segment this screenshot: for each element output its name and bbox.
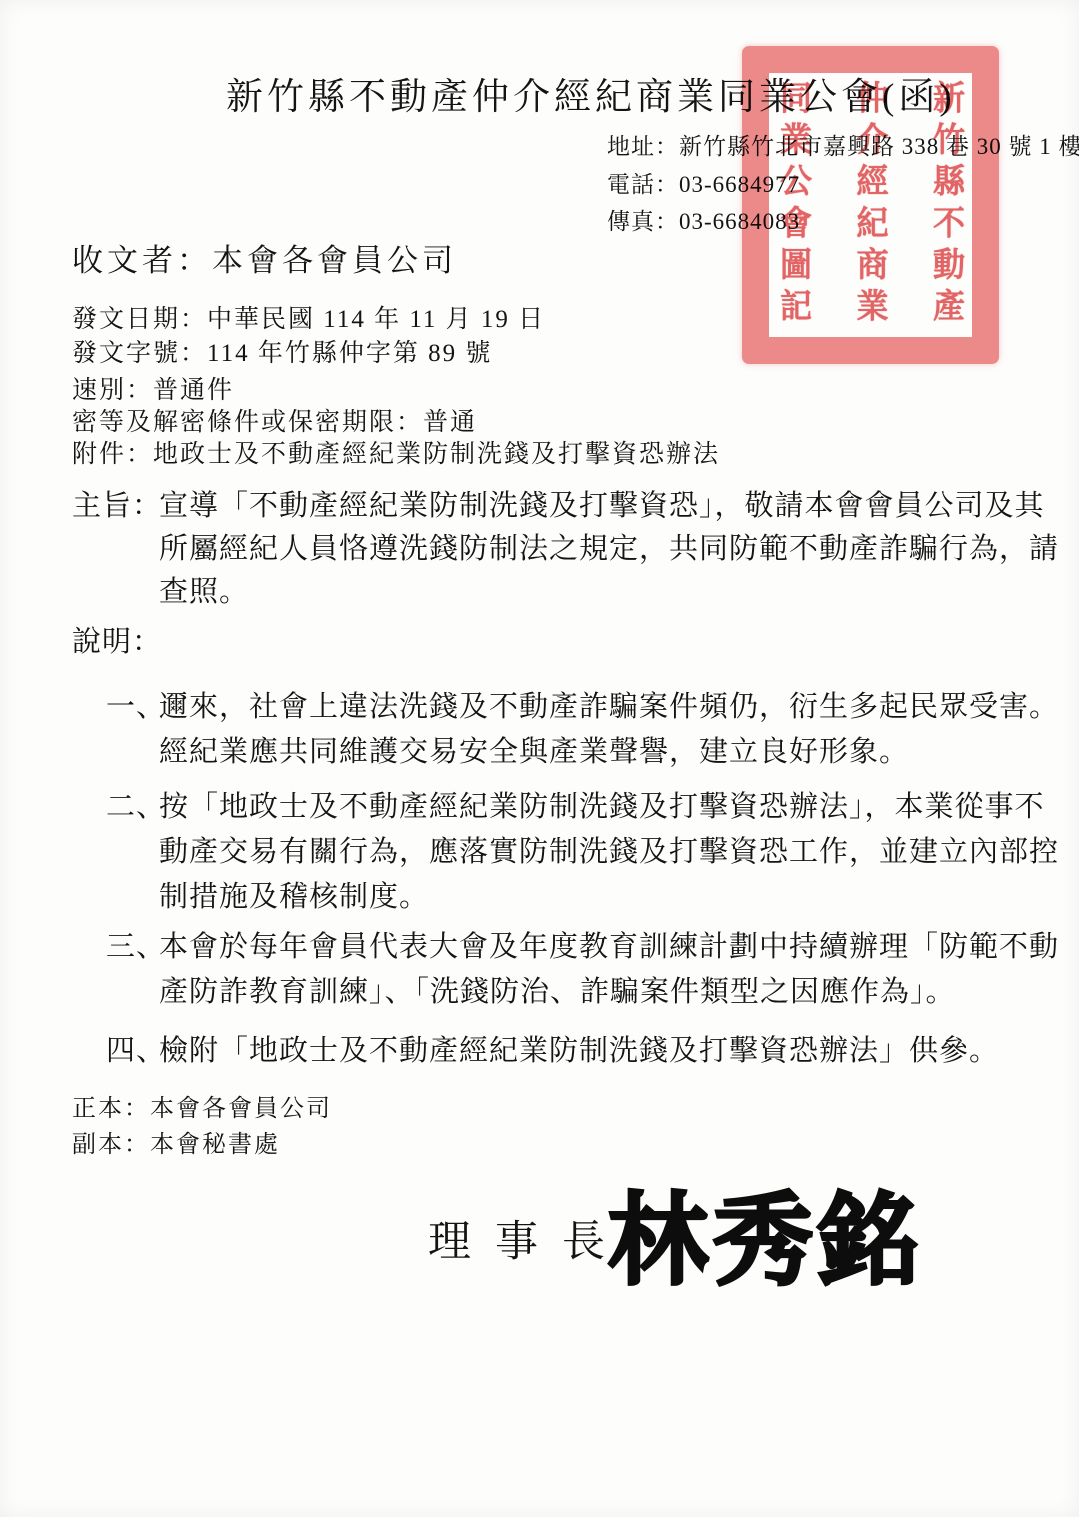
explanation-item-number: 一、 [106,684,166,725]
subject-label: 主旨： [72,483,162,524]
explanation-item-number: 三、 [106,924,166,965]
subject-line: 查照。 [159,569,249,610]
seal-column-middle: 仲介經紀商業 [855,80,887,330]
explanation-item-number: 四、 [106,1028,166,1069]
explanation-item-line: 本會於每年會員代表大會及年度教育訓練計劃中持續辦理「防範不動 [159,924,1059,965]
seal-column-left: 同業公會圖記 [778,80,810,330]
seal-text-columns: 新竹縣不動產 仲介經紀商業 同業公會圖記 [778,80,963,330]
explanation-item-line: 邇來，社會上違法洗錢及不動產詐騙案件頻仍，衍生多起民眾受害。 [159,684,1059,725]
explanation-item-number: 二、 [106,784,166,825]
explanation-item-line: 制措施及稽核制度。 [159,874,429,915]
recipient-line: 收文者：本會各會員公司 [72,235,457,280]
subject-line: 宣導「不動產經紀業防制洗錢及打擊資恐」，敬請本會會員公司及其 [159,483,1045,524]
seal-column-right: 新竹縣不動產 [931,80,963,330]
attachment-line: 附件：地政士及不動產經紀業防制洗錢及打擊資恐辦法 [72,434,720,470]
signer-title: 理事長 [428,1208,629,1269]
duplicate-copy-line: 副本：本會秘書處 [72,1124,280,1159]
signer-name: 林秀銘 [608,1160,923,1304]
association-red-seal: 新竹縣不動產 仲介經紀商業 同業公會圖記 [742,46,999,364]
official-letter-page: 新竹縣不動產 仲介經紀商業 同業公會圖記 新竹縣不動產仲介經紀商業同業公會(函)… [0,0,1079,1517]
explanation-item-line: 按「地政士及不動產經紀業防制洗錢及打擊資恐辦法」，本業從事不 [159,784,1045,825]
original-copy-line: 正本：本會各會員公司 [72,1088,332,1123]
security-class-line: 密等及解密條件或保密期限：普通 [72,402,477,438]
explanation-item-line: 經紀業應共同維護交易安全與產業聲譽，建立良好形象。 [159,729,909,770]
explanation-item-line: 產防詐教育訓練」、「洗錢防治、詐騙案件類型之因應作為」。 [159,969,956,1010]
explanation-label: 說明： [72,619,162,660]
subject-line: 所屬經紀人員恪遵洗錢防制法之規定，共同防範不動產詐騙行為，請 [159,526,1059,567]
doc-number-line: 發文字號：114 年竹縣仲字第 89 號 [72,333,492,369]
speed-class-line: 速別：普通件 [72,370,234,406]
explanation-item-line: 動產交易有關行為，應落實防制洗錢及打擊資恐工作，並建立內部控 [159,829,1059,870]
issue-date-line: 發文日期：中華民國 114 年 11 月 19 日 [72,299,545,335]
explanation-item-line: 檢附「地政士及不動產經紀業防制洗錢及打擊資恐辦法」供參。 [159,1028,999,1069]
